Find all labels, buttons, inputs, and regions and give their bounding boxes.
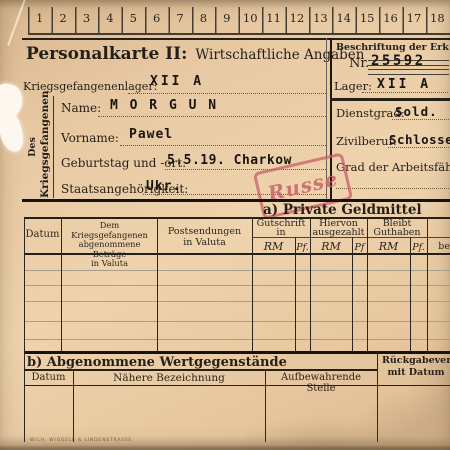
- ruler-number: 10: [239, 11, 262, 25]
- page-title: Personalkarte II: Wirtschaftliche Angabe…: [26, 44, 364, 64]
- table-b-col-datum: Datum: [24, 372, 73, 383]
- side-label-line2: Kriegsgefangenen: [39, 96, 52, 198]
- ruler-number: 3: [75, 11, 98, 25]
- ruler-number: 15: [355, 11, 378, 25]
- name-value: M O R G U N: [110, 98, 218, 113]
- lager-label: Lager:: [334, 79, 372, 93]
- table-a-col-line: [367, 217, 368, 352]
- ruler-number: 9: [215, 11, 238, 25]
- table-a-bottom-rule: [24, 351, 450, 354]
- section-b-title: b) Abgenommene Wertgegenstände: [27, 355, 287, 370]
- table-a-subcol-line: [352, 237, 353, 352]
- personalkarte-document: 1 2 3 4 5 6 7 8 9 10 11 12 13 14 15 16 1…: [0, 0, 450, 450]
- geburtstag-value: 5.5.19. Charkow: [167, 153, 292, 168]
- tag-caption: Beschriftung der Erkennun: [336, 42, 449, 53]
- table-a-col-datum: Datum: [24, 229, 61, 240]
- name-dotted-line: [98, 116, 326, 117]
- table-a-col-gutschrift: Gutschriftin: [252, 220, 310, 237]
- table-a-rule-line: [24, 270, 450, 271]
- table-a-col-hiervon: Hiervonausgezahlt: [310, 220, 367, 237]
- ruler-number: 4: [98, 11, 121, 25]
- arbeitsfaehigkeit-dotted-line: [336, 188, 449, 189]
- paper-tear-hole-bottom: [0, 110, 26, 154]
- table-a-rule-line: [24, 321, 450, 322]
- staatsangehoerigkeit-value: Ukr.: [146, 179, 181, 194]
- table-b-header-bottom: [24, 385, 450, 386]
- table-a-gutschrift-pf: Pf.: [295, 242, 310, 253]
- table-a-gutschrift-rm: RM: [252, 240, 295, 253]
- side-label-line1: Des: [27, 96, 39, 198]
- table-a-subcol-line: [410, 237, 411, 352]
- name-label: Name:: [61, 101, 101, 115]
- ruler-number: 16: [379, 11, 402, 25]
- table-b-col-bezeichnung: Nähere Bezeichnung: [73, 372, 265, 384]
- side-label-box: Des Kriegsgefangenen: [27, 96, 54, 198]
- card-top-rule: [22, 38, 450, 41]
- lager-value: XII A: [377, 77, 431, 92]
- arbeitsfaehigkeit-label: Grad der Arbeitsfähigk: [336, 160, 450, 174]
- table-a-bleibt-rm: RM: [367, 240, 410, 253]
- printer-imprint: WILH. WIGGELE & LINDENSTRASSE: [30, 438, 132, 443]
- table-a-rule-line: [24, 301, 450, 302]
- table-a-hiervon-pf: Pf: [352, 242, 367, 253]
- table-a-rule-line: [24, 339, 450, 340]
- nr-writing-line: [368, 69, 449, 70]
- ruler-number: 8: [192, 11, 215, 25]
- ruler-number: 2: [51, 11, 74, 25]
- ruler-number-strip: 1 2 3 4 5 6 7 8 9 10 11 12 13 14 15 16 1…: [28, 11, 449, 25]
- vorname-value: Pawel: [129, 127, 173, 142]
- table-a-col-last-clipped: be: [429, 241, 450, 252]
- table-a-col-line: [252, 217, 253, 352]
- vorname-dotted-line: [120, 145, 326, 146]
- ruler-number: 6: [145, 11, 168, 25]
- ruler-number: 18: [426, 11, 449, 25]
- ruler-number: 13: [309, 11, 332, 25]
- table-a-col-postsendungen: Postsendungenin Valuta: [157, 226, 252, 248]
- ruler-number: 11: [262, 11, 285, 25]
- table-a-col-abgenommen: Dem Kriegsgefangenenabgenommene Beträgei…: [62, 221, 157, 269]
- table-a-col-line: [310, 217, 311, 352]
- dienstgrad-dotted-line: [392, 119, 449, 120]
- ruler-number: 12: [285, 11, 308, 25]
- nr-label: Nr.: [349, 56, 369, 71]
- table-b-header-top: [24, 369, 377, 371]
- table-left-border: [24, 217, 25, 442]
- zivilberuf-dotted-line: [388, 147, 449, 148]
- table-b-rueckgabe-line: [377, 351, 378, 442]
- ruler-number: 1: [28, 11, 51, 25]
- nr-writing-line: [368, 74, 449, 75]
- nr-value: 25592: [371, 53, 426, 69]
- table-a-bleibt-pf: Pf.: [410, 242, 427, 253]
- ruler-baseline: [28, 33, 450, 35]
- right-panel-rule: [330, 98, 450, 101]
- kgf-lager-value: XII A: [150, 74, 204, 89]
- ruler-number: 5: [122, 11, 145, 25]
- ruler-number: 14: [332, 11, 355, 25]
- table-a-hiervon-rm: RM: [310, 240, 352, 253]
- table-b-col-rueckgabe-2: mit Datum: [382, 367, 450, 378]
- ruler-number: 7: [168, 11, 191, 25]
- lager-dotted-line: [362, 92, 448, 93]
- section-a-title: a) Private Geldmittel: [263, 202, 422, 218]
- kgf-lager-dotted-line: [128, 93, 326, 94]
- zivilberuf-label: Zivilberuf:: [336, 134, 397, 148]
- side-label-rotated: Des Kriegsgefangenen: [27, 96, 53, 198]
- ruler-number: 17: [402, 11, 425, 25]
- table-a-col-bleibt: BleibtGuthaben: [367, 220, 427, 237]
- vorname-label: Vorname:: [61, 131, 119, 145]
- dienstgrad-value: Sold.: [395, 104, 438, 119]
- table-b-col-rueckgabe-1: Rückgabeverme: [382, 355, 450, 366]
- page-title-main: Personalkarte II:: [26, 44, 187, 64]
- table-a-rule-line: [24, 285, 450, 286]
- table-a-col-line: [427, 217, 428, 352]
- zivilberuf-value: Schlosse: [389, 132, 450, 147]
- table-a-subcol-line: [295, 237, 296, 352]
- table-b-col-stelle: Aufbewahrende Stelle: [265, 372, 377, 394]
